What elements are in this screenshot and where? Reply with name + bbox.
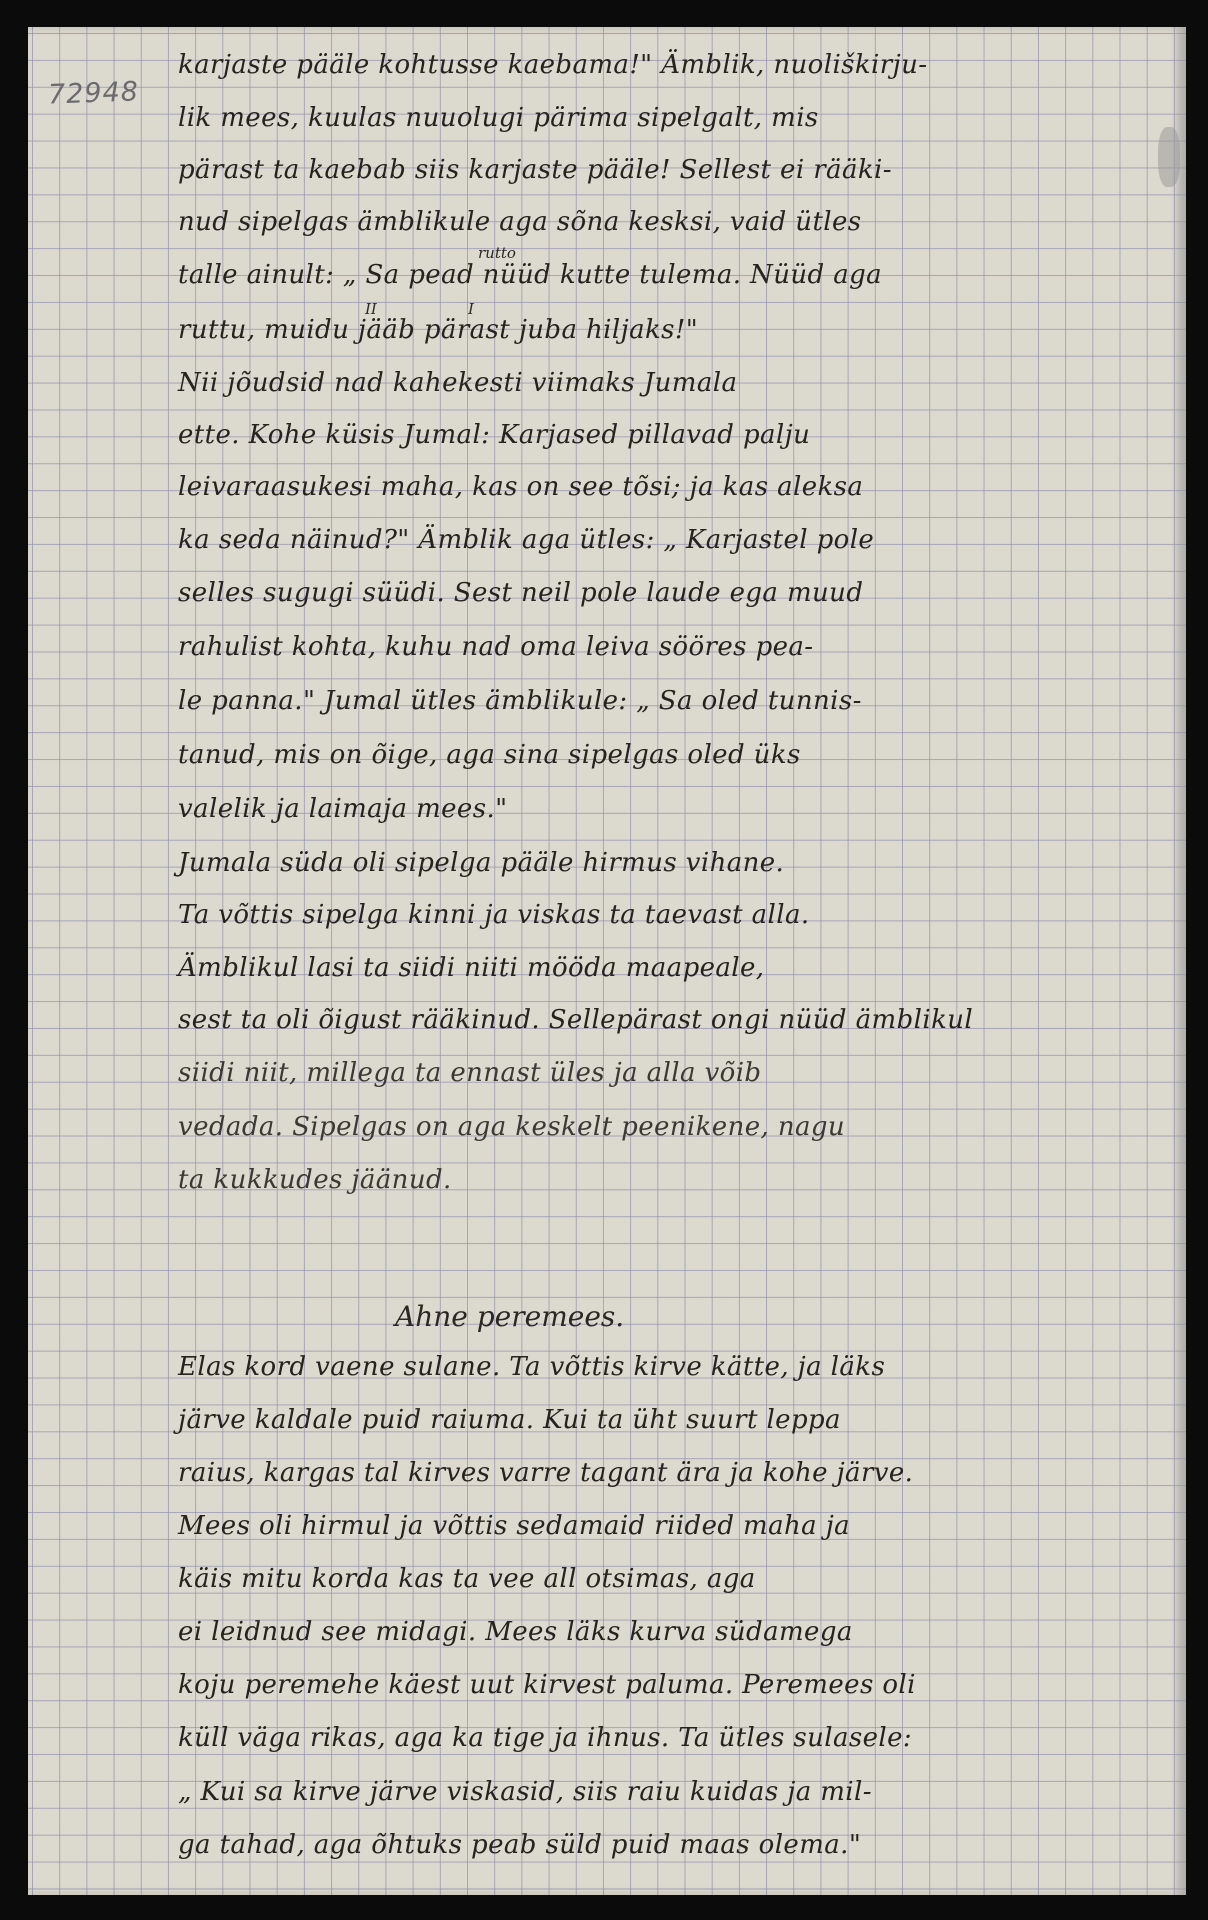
text-line: Ta võttis sipelga kinni ja viskas ta tae… [178,900,810,930]
text-line: sest ta oli õigust rääkinud. Sellepärast… [178,1005,973,1035]
text-line: tanud, mis on õige, aga sina sipelgas ol… [178,740,801,770]
text-line: selles sugugi süüdi. Sest neil pole laud… [178,578,863,608]
text-line: nud sipelgas ämblikule aga sõna kesksi, … [178,207,862,237]
text-line: Nii jõudsid nad kahekesti viimaks Jumala [178,368,737,398]
archive-number: 72948 [47,76,139,110]
text-line: ta kukkudes jäänud. [178,1165,452,1195]
text-line: Elas kord vaene sulane. Ta võttis kirve … [178,1352,885,1382]
text-line: ga tahad, aga õhtuks peab süld puid maas… [178,1830,861,1860]
text-line: siidi niit, millega ta ennast üles ja al… [178,1058,761,1088]
text-line: ei leidnud see midagi. Mees läks kurva s… [178,1617,853,1647]
text-line: leivaraasukesi maha, kas on see tõsi; ja… [178,472,863,502]
text-line: käis mitu korda kas ta vee all otsimas, … [178,1564,756,1594]
text-line: vedada. Sipelgas on aga keskelt peeniken… [178,1112,845,1142]
paper-edge [1172,27,1186,1895]
text-line: küll väga rikas, aga ka tige ja ihnus. T… [178,1723,912,1753]
text-line: ruttu, muidu jääb pärast juba hiljaks!" [178,315,698,345]
text-line: ka seda näinud?" Ämblik aga ütles: „ Kar… [178,525,874,555]
text-line: koju peremehe käest uut kirvest paluma. … [178,1670,916,1700]
text-line: talle ainult: „ Sa pead nüüd kutte tulem… [178,260,882,290]
text-line: ette. Kohe küsis Jumal: Karjased pillava… [178,420,810,450]
text-line: rahulist kohta, kuhu nad oma leiva sööre… [178,632,813,662]
story-title: Ahne peremees. [395,1300,624,1333]
text-line: Mees oli hirmul ja võttis sedamaid riide… [178,1511,850,1541]
text-line: „ Kui sa kirve järve viskasid, siis raiu… [178,1777,872,1807]
text-line: Ämblikul lasi ta siidi niiti mööda maape… [178,953,764,983]
paper-stain [1158,127,1180,187]
text-line: lik mees, kuulas nuuolugi pärima sipelga… [178,103,819,133]
text-line: valelik ja laimaja mees." [178,794,507,824]
text-line: Jumala süda oli sipelga pääle hirmus vih… [178,848,784,878]
text-line: le panna." Jumal ütles ämblikule: „ Sa o… [178,686,862,716]
text-line: pärast ta kaebab siis karjaste pääle! Se… [178,155,892,185]
text-line: järve kaldale puid raiuma. Kui ta üht su… [178,1405,841,1435]
text-line: raius, kargas tal kirves varre tagant är… [178,1458,913,1488]
text-line: karjaste pääle kohtusse kaebama!" Ämblik… [178,50,927,80]
